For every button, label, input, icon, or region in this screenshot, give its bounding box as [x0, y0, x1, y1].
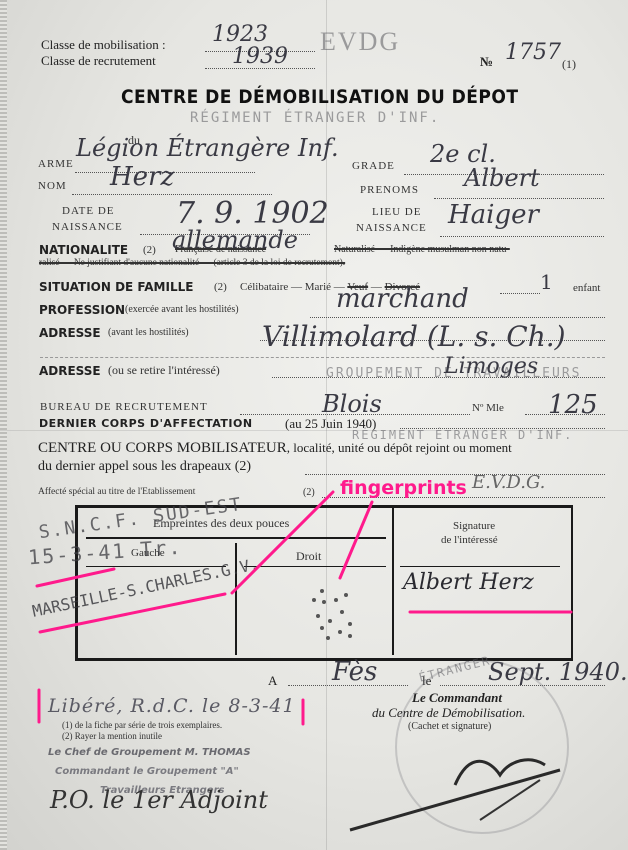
annotation-overlay — [0, 0, 628, 850]
underline-stamp-station — [40, 594, 225, 632]
demobilization-certificate: Classe de mobilisation : 1923 Classe de … — [0, 0, 628, 850]
underline-stamp-date — [37, 569, 114, 586]
pointer-line-left — [232, 492, 333, 593]
pointer-line-right — [340, 502, 372, 578]
